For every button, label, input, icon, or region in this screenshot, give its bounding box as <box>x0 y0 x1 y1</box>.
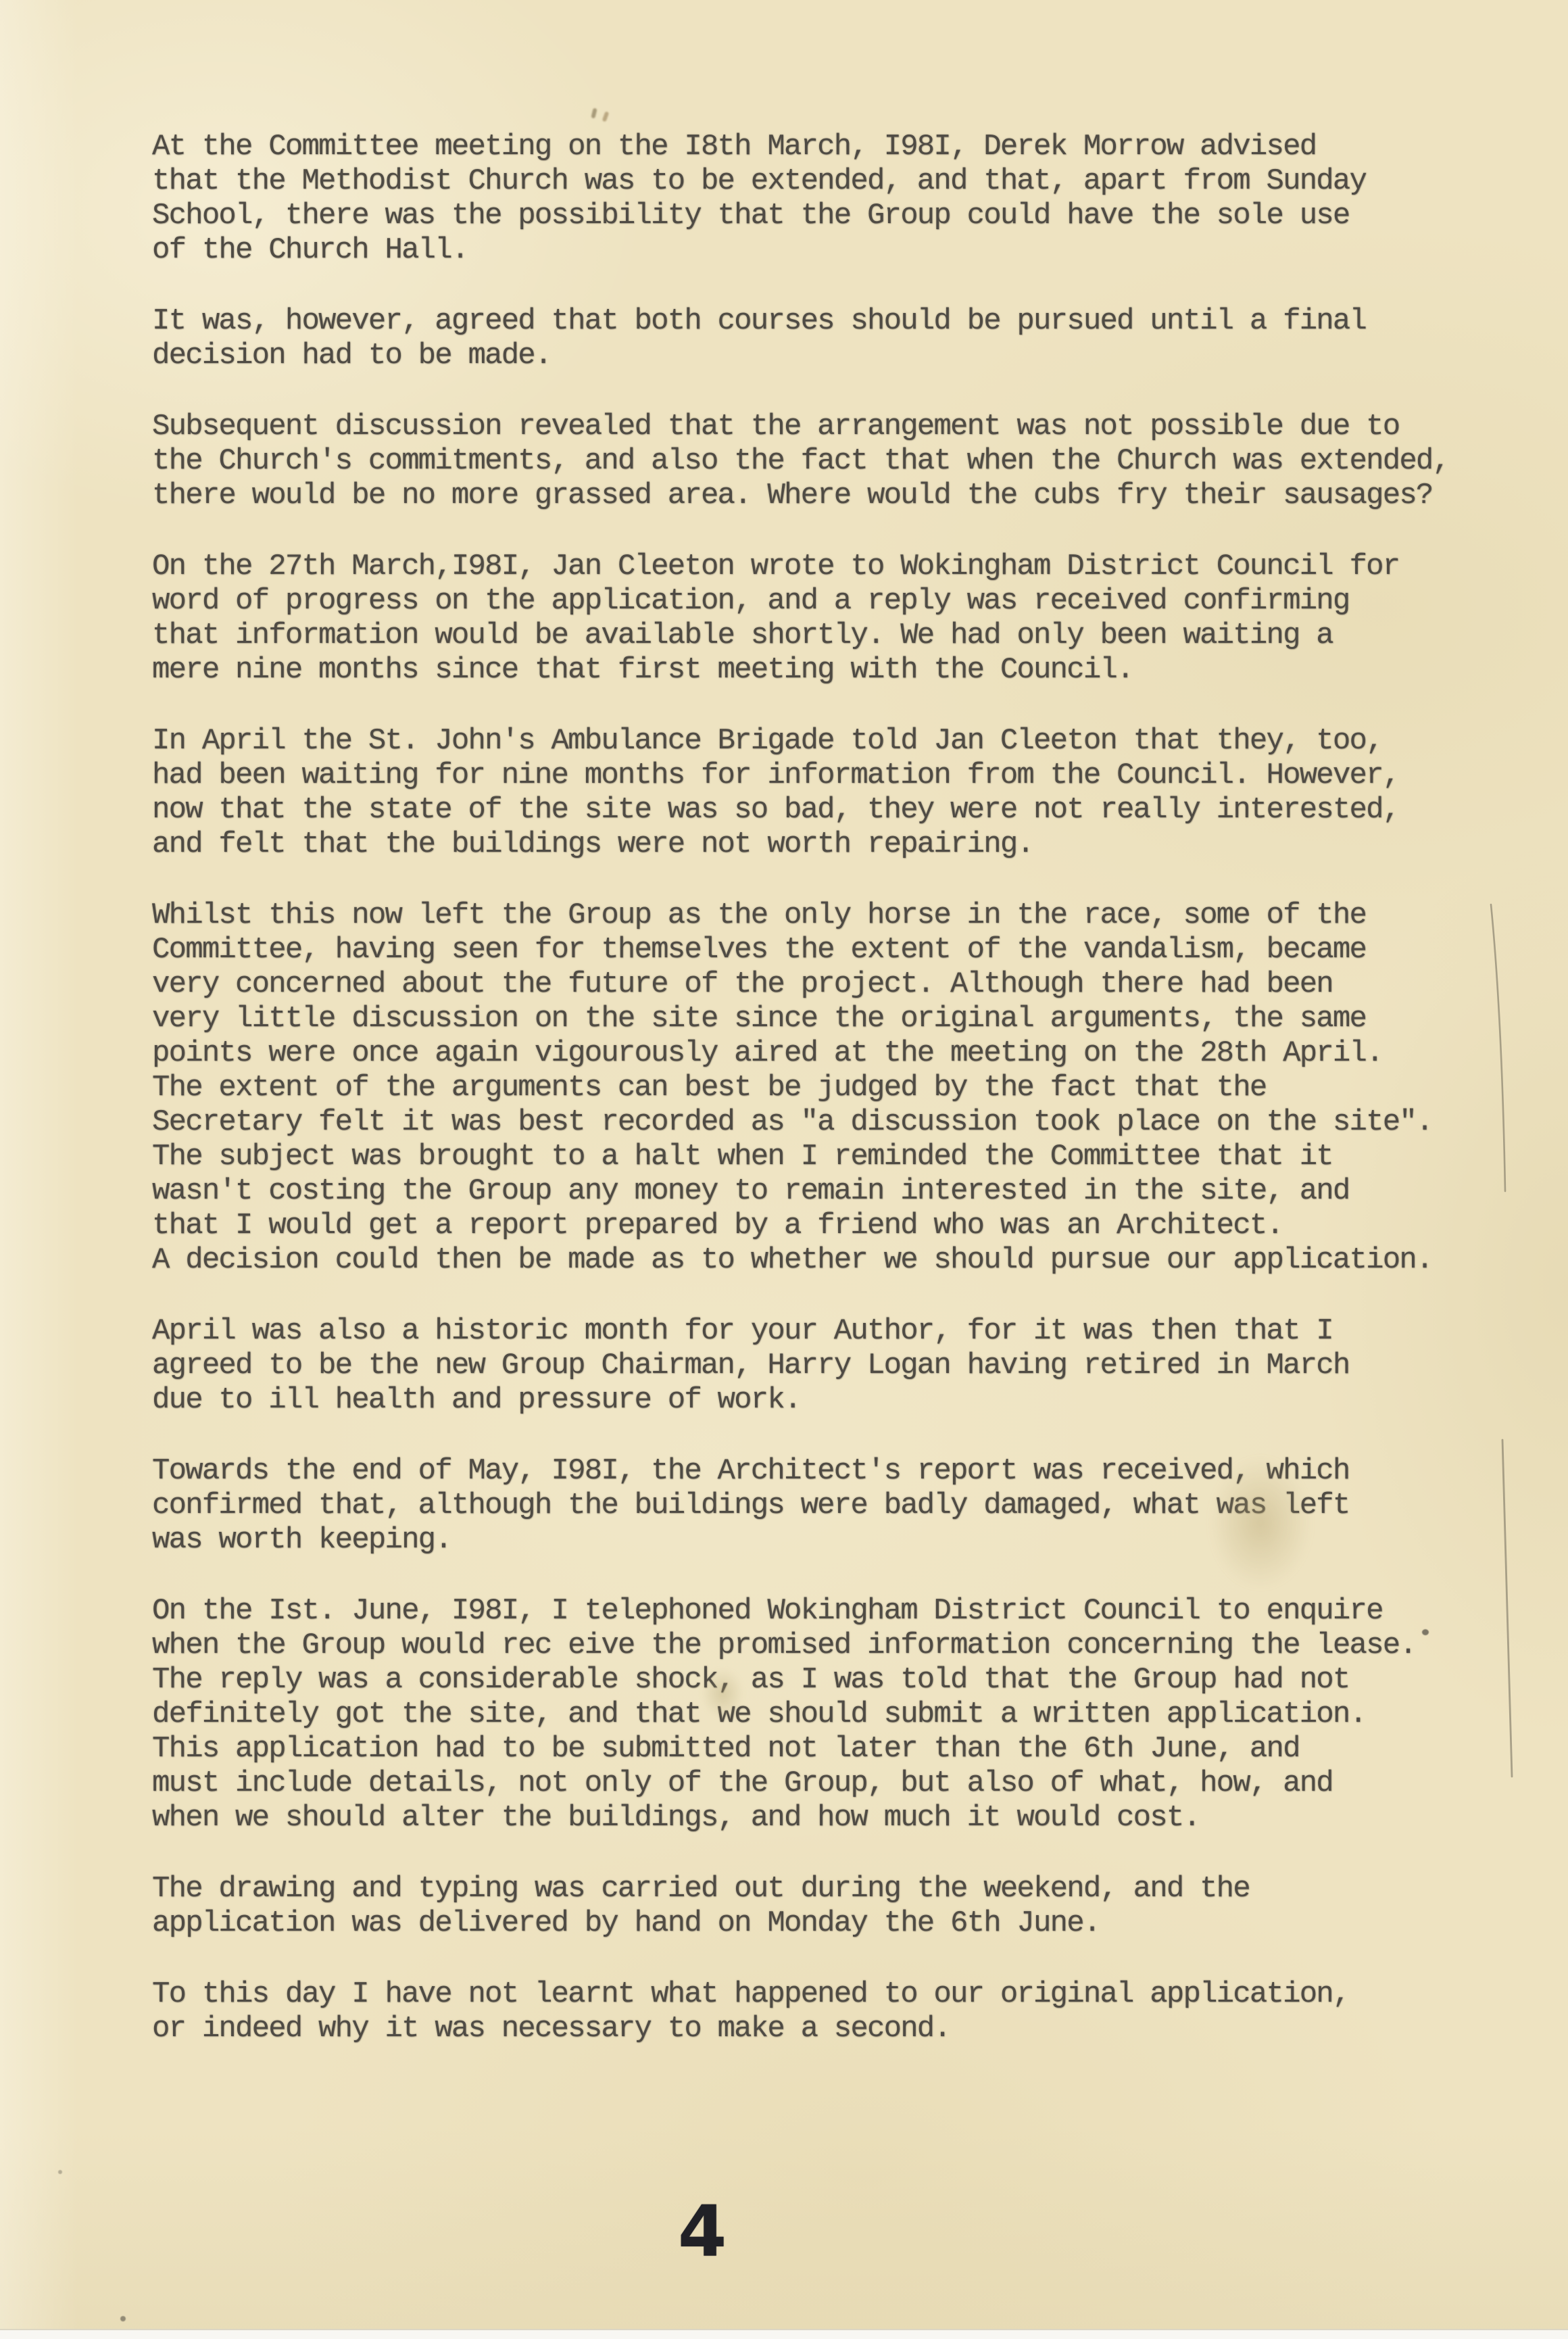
paragraph-2: It was, however, agreed that both course… <box>152 304 1531 373</box>
scanner-edge-strip <box>0 2329 1568 2339</box>
paragraph-11: To this day I have not learnt what happe… <box>152 1977 1531 2046</box>
paragraph-4: On the 27th March,I98I, Jan Cleeton wrot… <box>152 550 1531 688</box>
paragraph-5: In April the St. John's Ambulance Brigad… <box>152 724 1531 862</box>
paragraph-8: Towards the end of May, I98I, the Archit… <box>152 1454 1531 1558</box>
paragraph-7: April was also a historic month for your… <box>152 1314 1531 1418</box>
paragraph-1: At the Committee meeting on the I8th Mar… <box>152 130 1531 268</box>
typewritten-page: At the Committee meeting on the I8th Mar… <box>0 0 1568 2339</box>
paragraph-10: The drawing and typing was carried out d… <box>152 1872 1531 1941</box>
ink-speck <box>58 2170 62 2174</box>
ink-speck <box>120 2316 126 2321</box>
ink-speck <box>1422 1629 1429 1635</box>
page-number: 4 <box>678 2196 727 2267</box>
ink-smudge <box>602 111 610 122</box>
ink-smudge <box>591 107 597 118</box>
paragraph-6: Whilst this now left the Group as the on… <box>152 898 1531 1278</box>
paragraph-9: On the Ist. June, I98I, I telephoned Wok… <box>152 1594 1531 1835</box>
page-body-text: At the Committee meeting on the I8th Mar… <box>152 130 1531 2083</box>
paragraph-3: Subsequent discussion revealed that the … <box>152 410 1531 513</box>
